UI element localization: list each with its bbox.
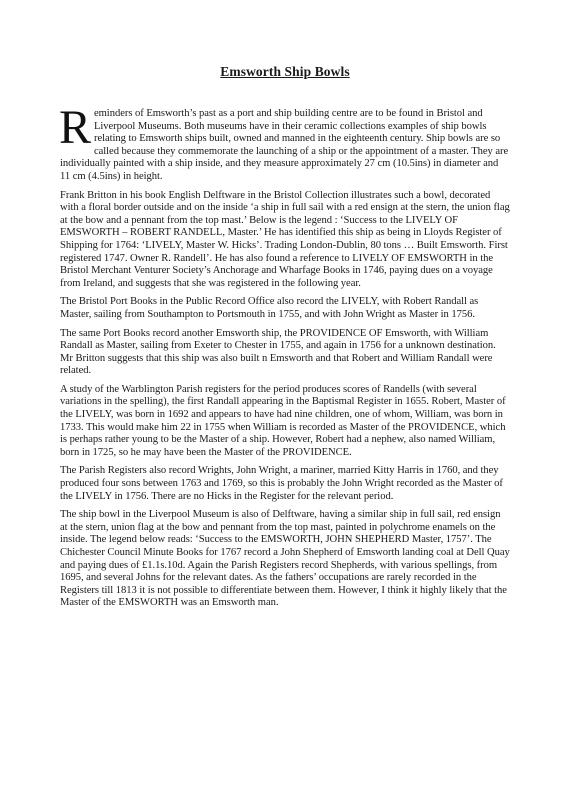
document-title: Emsworth Ship Bowls: [60, 64, 510, 80]
paragraph-bristol-port-books: The Bristol Port Books in the Public Rec…: [60, 296, 510, 321]
paragraph-liverpool-bowl: The ship bowl in the Liverpool Museum is…: [60, 509, 510, 610]
paragraph-providence: The same Port Books record another Emswo…: [60, 328, 510, 378]
paragraph-intro-text: eminders of Emsworth’s past as a port an…: [60, 108, 508, 182]
drop-cap: R: [59, 108, 91, 146]
document-page: Emsworth Ship Bowls Reminders of Emswort…: [60, 64, 510, 616]
paragraph-britton: Frank Britton in his book English Delftw…: [60, 190, 510, 291]
paragraph-intro: Reminders of Emsworth’s past as a port a…: [60, 108, 510, 184]
paragraph-warblington-registers: A study of the Warblington Parish regist…: [60, 384, 510, 460]
paragraph-wrights: The Parish Registers also record Wrights…: [60, 465, 510, 503]
